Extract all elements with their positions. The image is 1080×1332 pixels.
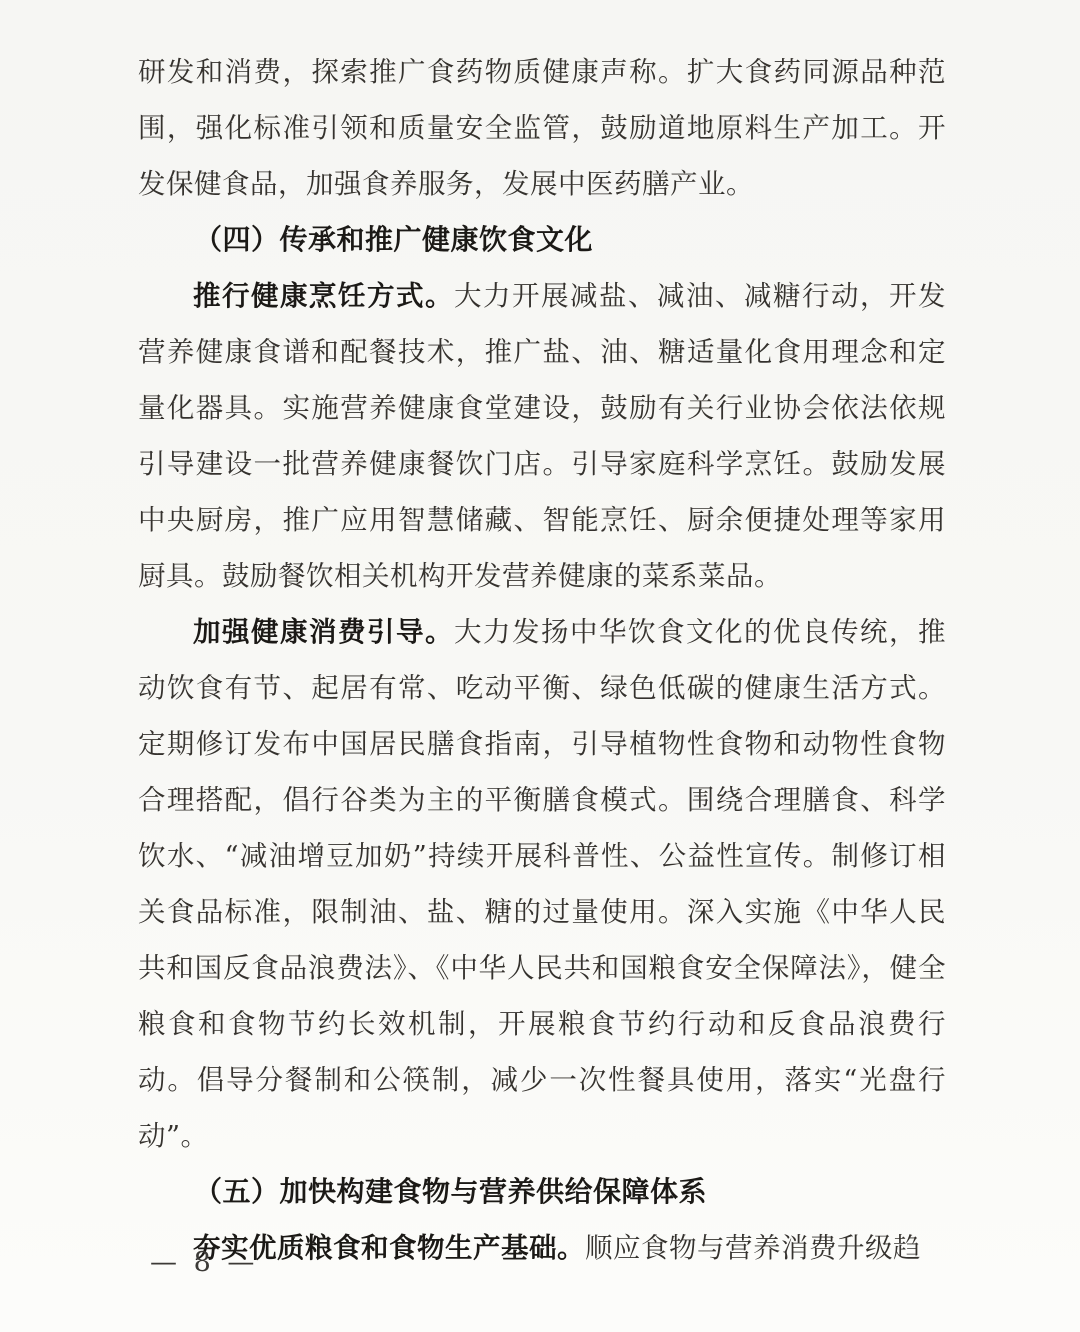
paragraph-consumption-guidance-text: 大力发扬中华饮食文化的优良传统，推动饮食有节、起居有常、吃动平衡、绿色低碳的健康… [138,616,946,1152]
heading-section-5: （五）加快构建食物与营养供给保障体系 [138,1164,946,1220]
paragraph-grain-foundation: 夯实优质粮食和食物生产基础。顺应食物与营养消费升级趋 [138,1220,946,1276]
page-body: 研发和消费，探索推广食药物质健康声称。扩大食药同源品种范围，强化标准引领和质量安… [138,44,946,1276]
paragraph-healthy-cooking: 推行健康烹饪方式。大力开展减盐、减油、减糖行动，开发营养健康食谱和配餐技术，推广… [138,268,946,604]
paragraph-healthy-cooking-lead: 推行健康烹饪方式。 [193,280,454,312]
paragraph-research-consumption: 研发和消费，探索推广食药物质健康声称。扩大食药同源品种范围，强化标准引领和质量安… [138,44,946,212]
page-number-footer: — 8 — [150,1243,258,1283]
document-page: 研发和消费，探索推广食药物质健康声称。扩大食药同源品种范围，强化标准引领和质量安… [0,0,1080,1332]
paragraph-healthy-cooking-text: 大力开展减盐、减油、减糖行动，开发营养健康食谱和配餐技术，推广盐、油、糖适量化食… [138,280,946,592]
heading-section-4: （四）传承和推广健康饮食文化 [138,212,946,268]
paragraph-grain-foundation-text: 顺应食物与营养消费升级趋 [585,1232,921,1264]
paragraph-consumption-guidance-lead: 加强健康消费引导。 [193,616,454,648]
paragraph-consumption-guidance: 加强健康消费引导。大力发扬中华饮食文化的优良传统，推动饮食有节、起居有常、吃动平… [138,604,946,1164]
